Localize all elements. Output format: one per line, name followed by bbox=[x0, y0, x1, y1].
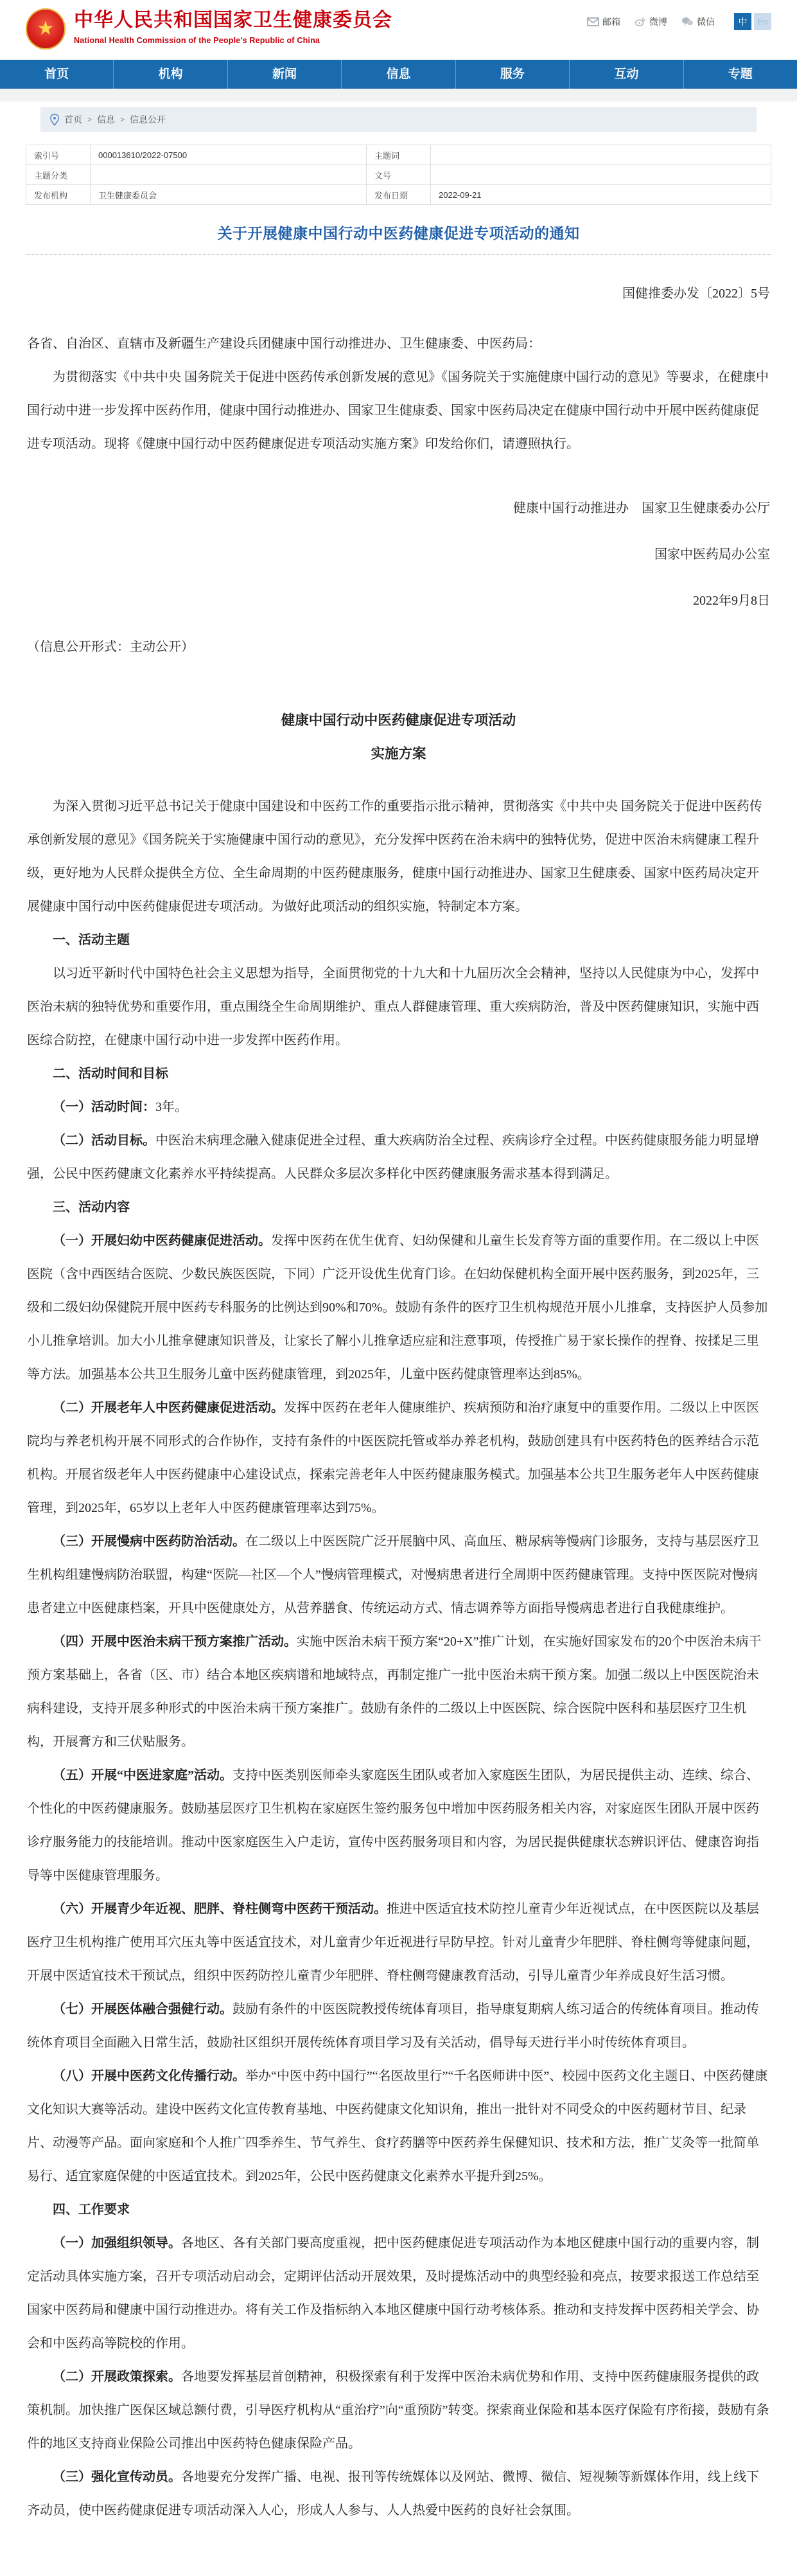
content-item-8: （八）开展中医药文化传播行动。举办“中医中药中国行”“名医故里行”“千名医师讲中… bbox=[27, 2059, 770, 2193]
meta-value-index-no: 000013610/2022-07500 bbox=[91, 145, 367, 165]
content-item-5: （五）开展“中医进家庭”活动。支持中医类别医师牵头家庭医生团队或者加入家庭医生团… bbox=[27, 1759, 770, 1892]
breadcrumb-separator: > bbox=[87, 115, 92, 124]
main-nav: 首页 机构 新闻 信息 服务 互动 专题 bbox=[0, 60, 797, 89]
work-item-2: （二）开展政策探索。各地要发挥基层首创精神，积极探索有利于发挥中医治未病优势和作… bbox=[27, 2360, 770, 2460]
content-item-4-lead: （四）开展中医治未病干预方案推广活动。 bbox=[53, 1635, 297, 1649]
work-item-2-lead: （二）开展政策探索。 bbox=[53, 2370, 181, 2384]
disclosure-note: （信息公开形式：主动公开） bbox=[27, 630, 770, 664]
content-item-4-text: 实施中医治未病干预方案“20+X”推广计划，在实施好国家发布的20个中医治未病干… bbox=[27, 1635, 761, 1749]
activity-time-paragraph: （一）活动时间：3年。 bbox=[27, 1090, 770, 1124]
content-item-6-lead: （六）开展青少年近视、肥胖、脊柱侧弯中医药干预活动。 bbox=[53, 1902, 387, 1916]
section-1-paragraph: 以习近平新时代中国特色社会主义思想为指导，全面贯彻党的十九大和十九届历次全会精神… bbox=[27, 957, 770, 1057]
work-item-3: （三）强化宣传动员。各地要充分发挥广播、电视、报刊等传统媒体以及网站、微博、微信… bbox=[27, 2460, 770, 2527]
content-item-5-text: 支持中医类别医师牵头家庭医生团队或者加入家庭医生团队，为居民提供主动、连续、综合… bbox=[27, 1768, 759, 1883]
breadcrumb-info[interactable]: 信息 bbox=[97, 113, 115, 126]
signature-line-1: 健康中国行动推进办 国家卫生健康委办公厅 bbox=[27, 492, 770, 525]
meta-label-doc-no: 文号 bbox=[367, 165, 431, 185]
content-item-7: （七）开展医体融合强健行动。鼓励有条件的中医医院教授传统体育项目，指导康复期病人… bbox=[27, 1993, 770, 2059]
section-heading-1: 一、活动主题 bbox=[27, 923, 770, 957]
intro-paragraph: 为贯彻落实《中共中央 国务院关于促进中医药传承创新发展的意见》《国务院关于实施健… bbox=[27, 360, 770, 461]
meta-label-subject-words: 主题词 bbox=[367, 145, 431, 165]
nav-item-orgs[interactable]: 机构 bbox=[114, 60, 227, 89]
nav-item-interaction[interactable]: 互动 bbox=[570, 60, 683, 89]
content-item-6: （六）开展青少年近视、肥胖、脊柱侧弯中医药干预活动。推进中医适宜技术防控儿童青少… bbox=[27, 1892, 770, 1993]
content-item-8-text: 举办“中医中药中国行”“名医故里行”“千名医师讲中医”、校园中医药文化主题日、中… bbox=[27, 2069, 767, 2183]
breadcrumb: 首页 > 信息 > 信息公开 bbox=[40, 107, 757, 132]
meta-value-topic-category bbox=[91, 165, 367, 185]
work-item-3-lead: （三）强化宣传动员。 bbox=[53, 2470, 181, 2484]
mail-label: 邮箱 bbox=[602, 15, 620, 28]
breadcrumb-info-disclosure[interactable]: 信息公开 bbox=[130, 113, 166, 126]
work-item-1: （一）加强组织领导。各地区、各有关部门要高度重视，把中医药健康促进专项活动作为本… bbox=[27, 2226, 770, 2360]
content-item-8-lead: （八）开展中医药文化传播行动。 bbox=[53, 2069, 245, 2083]
title-divider bbox=[26, 254, 771, 255]
nav-item-services[interactable]: 服务 bbox=[456, 60, 570, 89]
mail-link[interactable]: 邮箱 bbox=[587, 15, 620, 28]
content-item-3-lead: （三）开展慢病中医药防治活动。 bbox=[53, 1534, 245, 1549]
section-heading-2: 二、活动时间和目标 bbox=[27, 1057, 770, 1090]
nav-item-home[interactable]: 首页 bbox=[0, 60, 114, 89]
salutation: 各省、自治区、直辖市及新疆生产建设兵团健康中国行动推进办、卫生健康委、中医药局： bbox=[27, 327, 770, 360]
page-bottom-whitespace bbox=[0, 2527, 797, 2576]
weibo-icon bbox=[635, 17, 646, 26]
nav-item-news[interactable]: 新闻 bbox=[228, 60, 342, 89]
meta-value-issuing-org: 卫生健康委员会 bbox=[91, 185, 367, 205]
national-emblem-icon: ★ bbox=[26, 8, 66, 49]
plan-preamble: 为深入贯彻习近平总书记关于健康中国建设和中医药工作的重要指示批示精神，贯彻落实《… bbox=[27, 790, 770, 923]
plan-title-line1: 健康中国行动中医药健康促进专项活动 bbox=[27, 704, 770, 737]
header-quick-links: 邮箱 微博 微信 中 En bbox=[587, 13, 771, 30]
content-item-2-text: 发挥中医药在老年人健康维护、疾病预防和治疗康复中的重要作用。二级以上中医医院均与… bbox=[27, 1401, 759, 1515]
work-item-1-lead: （一）加强组织领导。 bbox=[53, 2236, 181, 2250]
signature-date: 2022年9月8日 bbox=[27, 584, 770, 617]
site-title-en: National Health Commission of the People… bbox=[74, 36, 392, 45]
weibo-label: 微博 bbox=[649, 15, 667, 28]
content-item-1: （一）开展妇幼中医药健康促进活动。发挥中医药在优生优育、妇幼保健和儿童生长发育等… bbox=[27, 1224, 770, 1391]
wechat-label: 微信 bbox=[697, 15, 715, 28]
site-header: ★ 中华人民共和国国家卫生健康委员会 National Health Commi… bbox=[0, 0, 797, 60]
activity-time-lead: （一）活动时间： bbox=[53, 1100, 155, 1114]
site-title-cn: 中华人民共和国国家卫生健康委员会 bbox=[74, 10, 392, 31]
breadcrumb-home[interactable]: 首页 bbox=[64, 113, 82, 126]
meta-label-publish-date: 发布日期 bbox=[367, 185, 431, 205]
meta-value-doc-no bbox=[431, 165, 771, 185]
content-item-5-lead: （五）开展“中医进家庭”活动。 bbox=[53, 1768, 232, 1782]
meta-label-topic-category: 主题分类 bbox=[26, 165, 91, 185]
section-heading-4: 四、工作要求 bbox=[27, 2193, 770, 2226]
lang-zh-button[interactable]: 中 bbox=[734, 13, 751, 30]
lang-en-button[interactable]: En bbox=[754, 13, 771, 30]
mail-icon bbox=[587, 17, 599, 26]
content-item-2-lead: （二）开展老年人中医药健康促进活动。 bbox=[53, 1401, 284, 1415]
site-title-block: 中华人民共和国国家卫生健康委员会 National Health Commiss… bbox=[74, 8, 392, 45]
work-item-1-text: 各地区、各有关部门要高度重视，把中医药健康促进专项活动作为本地区健康中国行动的重… bbox=[27, 2236, 759, 2350]
activity-time-text: 3年。 bbox=[155, 1100, 188, 1114]
signature-line-2: 国家中医药局办公室 bbox=[27, 538, 770, 571]
content-item-3: （三）开展慢病中医药防治活动。在二级以上中医医院广泛开展脑中风、高血压、糖尿病等… bbox=[27, 1525, 770, 1625]
activity-goal-lead: （二）活动目标。 bbox=[53, 1133, 155, 1148]
nav-item-info[interactable]: 信息 bbox=[342, 60, 455, 89]
breadcrumb-separator: > bbox=[120, 115, 125, 124]
meta-row: 发布机构 卫生健康委员会 发布日期 2022-09-21 bbox=[26, 185, 771, 205]
nav-bottom-strip bbox=[0, 89, 797, 102]
language-switcher: 中 En bbox=[734, 13, 771, 30]
meta-row: 索引号 000013610/2022-07500 主题词 bbox=[26, 145, 771, 165]
content-item-7-lead: （七）开展医体融合强健行动。 bbox=[53, 2002, 232, 2016]
section-heading-3: 三、活动内容 bbox=[27, 1191, 770, 1224]
content-item-2: （二）开展老年人中医药健康促进活动。发挥中医药在老年人健康维护、疾病预防和治疗康… bbox=[27, 1391, 770, 1525]
meta-value-publish-date: 2022-09-21 bbox=[431, 185, 771, 205]
content-item-1-lead: （一）开展妇幼中医药健康促进活动。 bbox=[53, 1234, 271, 1248]
location-pin-icon bbox=[50, 114, 59, 126]
document-meta-table: 索引号 000013610/2022-07500 主题词 主题分类 文号 发布机… bbox=[26, 145, 771, 205]
wechat-link[interactable]: 微信 bbox=[681, 15, 715, 28]
document-number: 国健推委办发〔2022〕5号 bbox=[27, 277, 770, 310]
plan-title-line2: 实施方案 bbox=[27, 737, 770, 770]
nav-item-topics[interactable]: 专题 bbox=[684, 60, 797, 89]
document-body: 国健推委办发〔2022〕5号 各省、自治区、直辖市及新疆生产建设兵团健康中国行动… bbox=[27, 277, 770, 2527]
article-title: 关于开展健康中国行动中医药健康促进专项活动的通知 bbox=[26, 222, 771, 243]
meta-label-index-no: 索引号 bbox=[26, 145, 91, 165]
site-logo: ★ 中华人民共和国国家卫生健康委员会 National Health Commi… bbox=[26, 8, 392, 49]
meta-label-issuing-org: 发布机构 bbox=[26, 185, 91, 205]
meta-value-subject-words bbox=[431, 145, 771, 165]
meta-row: 主题分类 文号 bbox=[26, 165, 771, 185]
content-item-1-text: 发挥中医药在优生优育、妇幼保健和儿童生长发育等方面的重要作用。在二级以上中医医院… bbox=[27, 1234, 767, 1381]
weibo-link[interactable]: 微博 bbox=[635, 15, 667, 28]
activity-goal-paragraph: （二）活动目标。中医治未病理念融入健康促进全过程、重大疾病防治全过程、疾病诊疗全… bbox=[27, 1124, 770, 1191]
wechat-icon bbox=[681, 17, 694, 26]
content-item-4: （四）开展中医治未病干预方案推广活动。实施中医治未病干预方案“20+X”推广计划… bbox=[27, 1625, 770, 1759]
